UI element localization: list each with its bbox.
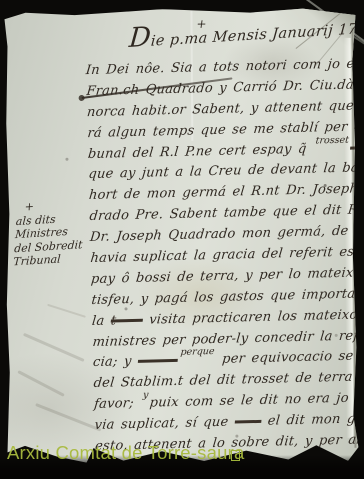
text-segment: el dit mon germá; Per: [261, 410, 364, 429]
text-segment: via suplicat, sí que: [94, 415, 236, 433]
struck-word: ———: [349, 139, 364, 155]
manuscript-body: In Dei nôe. Sia a tots notori com jo el …: [85, 56, 364, 459]
struck-word: —: [359, 349, 364, 364]
text-segment: In Dei nôe. Sia a tots notori com jo el …: [85, 56, 364, 78]
margin-note-line: als dits Ministres: [15, 212, 69, 241]
struck-word: ———: [137, 353, 178, 369]
interlinear-insertion: perque: [180, 346, 215, 358]
struck-word: ——: [234, 414, 262, 430]
text-segment: per equivocacio se: [215, 349, 361, 368]
text-segment: favor;: [93, 396, 141, 412]
scanned-manuscript-photo: + Die p.ma Mensis Januarij 1777. + als d…: [0, 0, 364, 479]
interlinear-insertion: trosset: [315, 134, 349, 146]
ink-showthrough: [47, 304, 86, 318]
ink-showthrough: [23, 333, 85, 362]
margin-note: + als dits Ministres del Sobredit Tribun…: [13, 196, 93, 268]
manuscript-page: + Die p.ma Mensis Januarij 1777. + als d…: [4, 8, 358, 463]
text-segment: la: [91, 313, 111, 328]
struck-word: t——: [110, 312, 143, 328]
ink-showthrough: [35, 403, 101, 432]
text-segment: cia; y: [92, 354, 138, 370]
margin-note-line: Tribunal: [13, 252, 61, 268]
margin-cross-mark: +: [24, 196, 93, 214]
archive-watermark: Arxiu Comtat de Torre-saura: [7, 442, 244, 464]
interlinear-insertion: y: [143, 390, 149, 401]
ink-showthrough: [17, 370, 64, 397]
watermark-period-artifact: [231, 450, 240, 461]
